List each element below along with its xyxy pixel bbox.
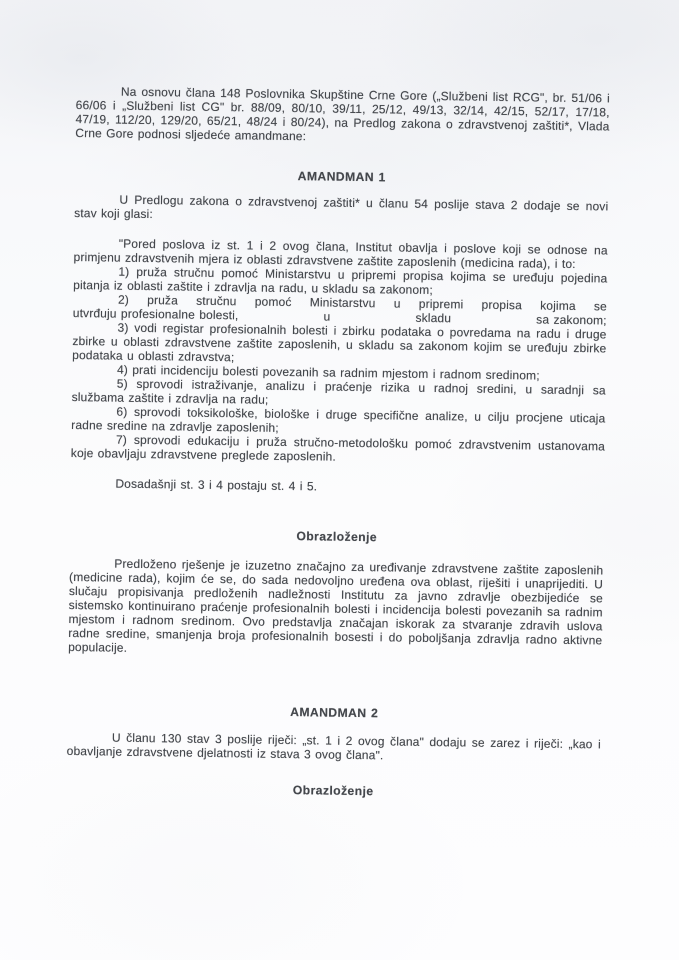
list-item-3: 3) vodi registar profesionalnih bolesti … (72, 320, 607, 369)
amandman-1-paragraph-1: U Predlogu zakona o zdravstvenoj zaštiti… (74, 192, 608, 227)
intro-paragraph: Na osnovu člana 148 Poslovnika Skupštine… (75, 84, 610, 147)
text-fragment: u (323, 309, 330, 323)
document-text-block: Na osnovu člana 148 Poslovnika Skupštine… (66, 84, 610, 801)
scanned-document-page: Na osnovu člana 148 Poslovnika Skupštine… (0, 0, 679, 960)
obrazlozenje-2-heading: Obrazloženje (66, 780, 600, 801)
obrazlozenje-1-heading: Obrazloženje (70, 526, 604, 547)
amandman-2-heading: AMANDMAN 2 (67, 702, 601, 723)
text-fragment: utvrđuju profesionalne bolesti, (73, 306, 239, 322)
obrazlozenje-1-paragraph: Predloženo rješenje je izuzetno značajno… (68, 556, 603, 661)
text-fragment: skladu (415, 311, 451, 325)
text-fragment: sa zakonom; (536, 312, 607, 327)
amandman-2-paragraph: U članu 130 stav 3 poslije riječi: „st. … (67, 730, 601, 765)
amandman-1-heading: AMANDMAN 1 (75, 166, 609, 187)
renumbering-note: Dosadašnji st. 3 i 4 postaju st. 4 i 5. (70, 476, 604, 497)
